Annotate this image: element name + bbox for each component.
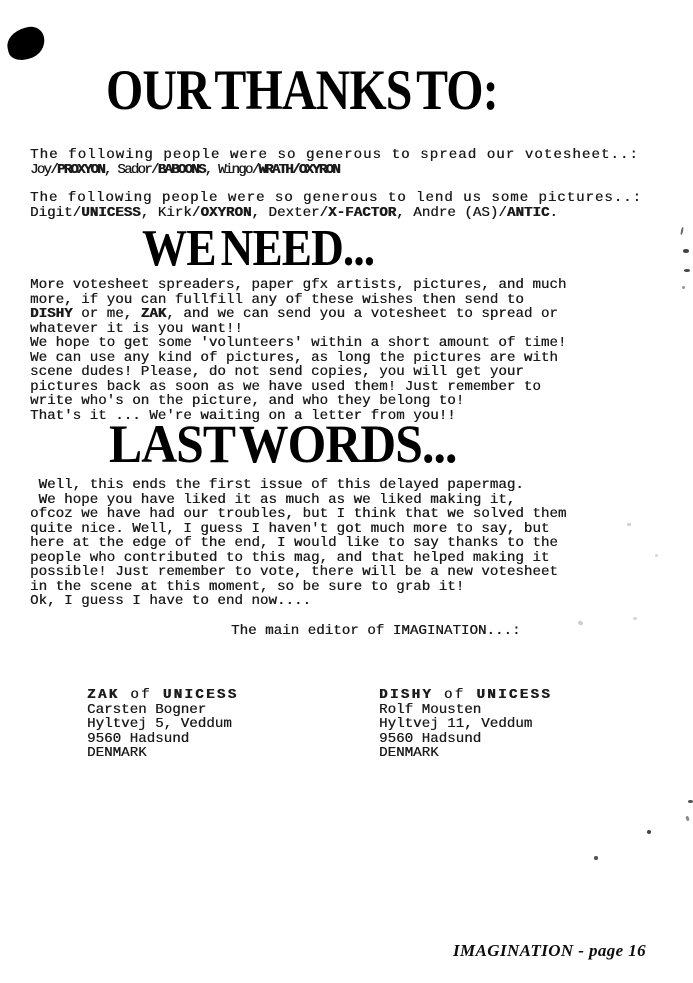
text-line: Digit/UNICESS, Kirk/OXYRON, Dexter/X-FAC… <box>30 206 642 221</box>
text-line: We hope to get some 'volunteers' within … <box>30 336 566 351</box>
scan-speckle <box>684 269 690 272</box>
scan-speckle <box>655 554 658 557</box>
paragraph-votesheet-spreaders: The following people were so generous to… <box>30 148 639 177</box>
text-line: whatever it is you want!! <box>30 322 566 337</box>
scan-speckle <box>683 249 689 253</box>
text-line: more, if you can fullfill any of these w… <box>30 293 566 308</box>
text-line: 9560 Hadsund <box>87 732 238 747</box>
text-line: scene dudes! Please, do not send copies,… <box>30 365 566 380</box>
text-line: We can use any kind of pictures, as long… <box>30 351 566 366</box>
scan-speckle <box>682 286 685 289</box>
scanned-magazine-page: OUR THANKS TO: The following people were… <box>0 0 693 983</box>
scan-speckle <box>627 523 631 526</box>
text-line: quite nice. Well, I guess I haven't got … <box>30 522 566 537</box>
scan-speckle <box>633 617 637 620</box>
text-line: people who contributed to this mag, and … <box>30 551 566 566</box>
text-line: DENMARK <box>379 746 552 761</box>
scan-speckle <box>577 620 583 626</box>
heading-our-thanks-to: OUR THANKS TO: <box>106 62 498 119</box>
scan-speckle <box>646 829 651 834</box>
contact-address-dishy: DISHY of UNICESSRolf MoustenHyltvej 11, … <box>379 688 552 761</box>
text-line: ofcoz we have had our troubles, but I th… <box>30 507 566 522</box>
text-line: DISHY or me, ZAK, and we can send you a … <box>30 307 566 322</box>
text-line: The following people were so generous to… <box>30 148 639 163</box>
text-line: DENMARK <box>87 746 238 761</box>
text-line: Hyltvej 11, Veddum <box>379 717 552 732</box>
heading-we-need: WE NEED... <box>142 223 374 275</box>
page-footer: IMAGINATION - page 16 <box>453 941 646 961</box>
text-line: Carsten Bogner <box>87 703 238 718</box>
scan-speckle <box>688 800 693 803</box>
text-line: Joy/PROXYON, Sador/BABOONS, Wingo/WRATH/… <box>30 163 639 178</box>
text-line: We hope you have liked it as much as we … <box>30 493 566 508</box>
text-line: Hyltvej 5, Veddum <box>87 717 238 732</box>
text-line: in the scene at this moment, so be sure … <box>30 580 566 595</box>
scan-corner-mark <box>4 24 48 63</box>
text-line: More votesheet spreaders, paper gfx arti… <box>30 278 566 293</box>
scan-speckle <box>680 227 684 235</box>
paragraph-we-need-body: More votesheet spreaders, paper gfx arti… <box>30 278 566 423</box>
text-line: write who's on the picture, and who they… <box>30 394 566 409</box>
text-line: Well, this ends the first issue of this … <box>30 478 566 493</box>
text-line: here at the edge of the end, I would lik… <box>30 536 566 551</box>
text-line: possible! Just remember to vote, there w… <box>30 565 566 580</box>
text-line: DISHY of UNICESS <box>379 688 552 703</box>
text-line: Ok, I guess I have to end now.... <box>30 594 566 609</box>
text-line: ZAK of UNICESS <box>87 688 238 703</box>
text-line: 9560 Hadsund <box>379 732 552 747</box>
contact-address-zak: ZAK of UNICESSCarsten BognerHyltvej 5, V… <box>87 688 238 761</box>
heading-last-words: LAST WORDS... <box>109 417 456 471</box>
text-line: pictures back as soon as we have used th… <box>30 380 566 395</box>
scan-speckle <box>685 816 690 822</box>
text-line: Rolf Mousten <box>379 703 552 718</box>
text-line: The following people were so generous to… <box>30 191 642 206</box>
editor-signoff-line: The main editor of IMAGINATION...: <box>231 624 520 639</box>
scan-speckle <box>594 856 598 860</box>
paragraph-last-words-body: Well, this ends the first issue of this … <box>30 478 566 609</box>
paragraph-picture-lenders: The following people were so generous to… <box>30 191 642 220</box>
